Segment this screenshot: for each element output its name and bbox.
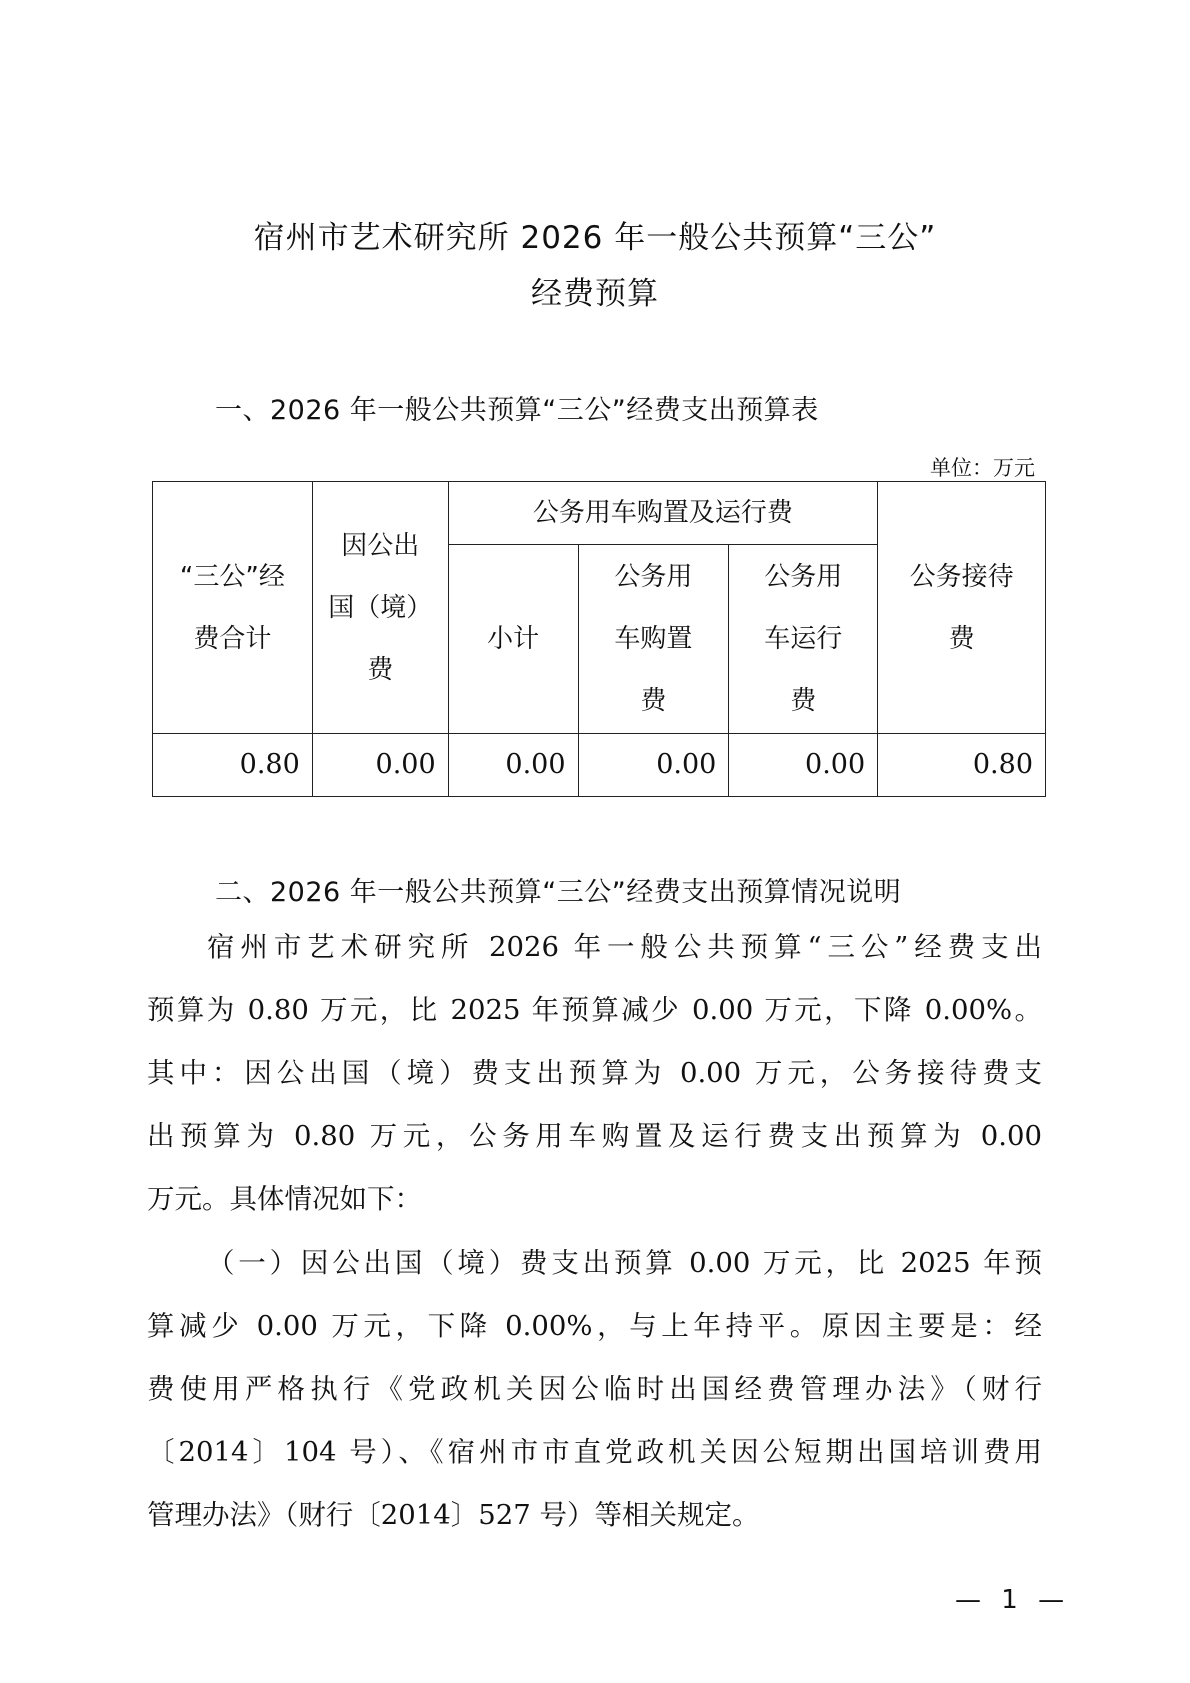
header-vehicle-operation-line: 公务用 xyxy=(729,546,877,608)
text-line: （一）因公出国（境）费支出预算 0.00 万元，比 2025 年预 xyxy=(147,1232,1042,1295)
header-abroad-line: 因公出 xyxy=(313,515,448,577)
header-reception-line: 公务接待 xyxy=(878,546,1045,608)
text-line: 其中：因公出国（境）费支出预算为 0.00 万元，公务接待费支 xyxy=(147,1042,1042,1105)
text-line: 宿州市艺术研究所 2026 年一般公共预算“三公”经费支出 xyxy=(147,916,1042,979)
budget-table: “三公”经 费合计 因公出 国（境） 费 公务用车购置及运行费 公务接待 费 小… xyxy=(152,481,1046,797)
header-total: “三公”经 费合计 xyxy=(153,482,313,734)
cell-subtotal: 0.00 xyxy=(448,734,578,797)
header-vehicle-purchase: 公务用 车购置 费 xyxy=(578,545,729,734)
text-line: 预算为 0.80 万元，比 2025 年预算减少 0.00 万元，下降 0.00… xyxy=(147,979,1042,1042)
header-abroad-line: 国（境） xyxy=(313,577,448,639)
header-vehicle-operation-line: 车运行 xyxy=(729,608,877,670)
header-total-line: “三公”经 xyxy=(153,546,312,608)
cell-vehicle-operation: 0.00 xyxy=(729,734,878,797)
text-line: 出预算为 0.80 万元，公务用车购置及运行费支出预算为 0.00 xyxy=(147,1105,1042,1168)
header-abroad: 因公出 国（境） 费 xyxy=(312,482,448,734)
section-1-heading: 一、2026 年一般公共预算“三公”经费支出预算表 xyxy=(215,388,819,427)
header-vehicle-operation-line: 费 xyxy=(729,670,877,732)
cell-reception: 0.80 xyxy=(878,734,1046,797)
header-subtotal: 小计 xyxy=(448,545,578,734)
cell-vehicle-purchase: 0.00 xyxy=(578,734,729,797)
cell-abroad: 0.00 xyxy=(312,734,448,797)
document-title-line-2: 经费预算 xyxy=(0,268,1190,313)
paragraph-abroad-detail: （一）因公出国（境）费支出预算 0.00 万元，比 2025 年预 算减少 0.… xyxy=(147,1232,1042,1547)
text-line: 算减少 0.00 万元，下降 0.00%，与上年持平。原因主要是：经 xyxy=(147,1295,1042,1358)
header-vehicle-operation: 公务用 车运行 费 xyxy=(729,545,878,734)
text-line: 〔2014〕104 号）、《宿州市市直党政机关因公短期出国培训费用 xyxy=(147,1421,1042,1484)
text-line: 管理办法》（财行〔2014〕527 号）等相关规定。 xyxy=(147,1484,1042,1547)
header-reception-line: 费 xyxy=(878,608,1045,670)
header-vehicle-purchase-line: 公务用 xyxy=(579,546,729,608)
text-line: 费使用严格执行《党政机关因公临时出国经费管理办法》（财行 xyxy=(147,1358,1042,1421)
header-total-line: 费合计 xyxy=(153,608,312,670)
cell-total: 0.80 xyxy=(153,734,313,797)
text-line: 万元。具体情况如下： xyxy=(147,1168,1042,1231)
section-2-heading: 二、2026 年一般公共预算“三公”经费支出预算情况说明 xyxy=(215,870,901,909)
table-row: 0.80 0.00 0.00 0.00 0.00 0.80 xyxy=(153,734,1046,797)
paragraph-summary: 宿州市艺术研究所 2026 年一般公共预算“三公”经费支出 预算为 0.80 万… xyxy=(147,916,1042,1231)
page-number: — 1 — xyxy=(955,1585,1070,1615)
header-vehicle-purchase-line: 费 xyxy=(579,670,729,732)
header-reception: 公务接待 费 xyxy=(878,482,1046,734)
header-abroad-line: 费 xyxy=(313,639,448,701)
document-title-line-1: 宿州市艺术研究所 2026 年一般公共预算“三公” xyxy=(0,212,1190,257)
unit-label: 单位：万元 xyxy=(930,452,1035,482)
header-vehicle-group: 公务用车购置及运行费 xyxy=(448,482,878,545)
header-vehicle-purchase-line: 车购置 xyxy=(579,608,729,670)
